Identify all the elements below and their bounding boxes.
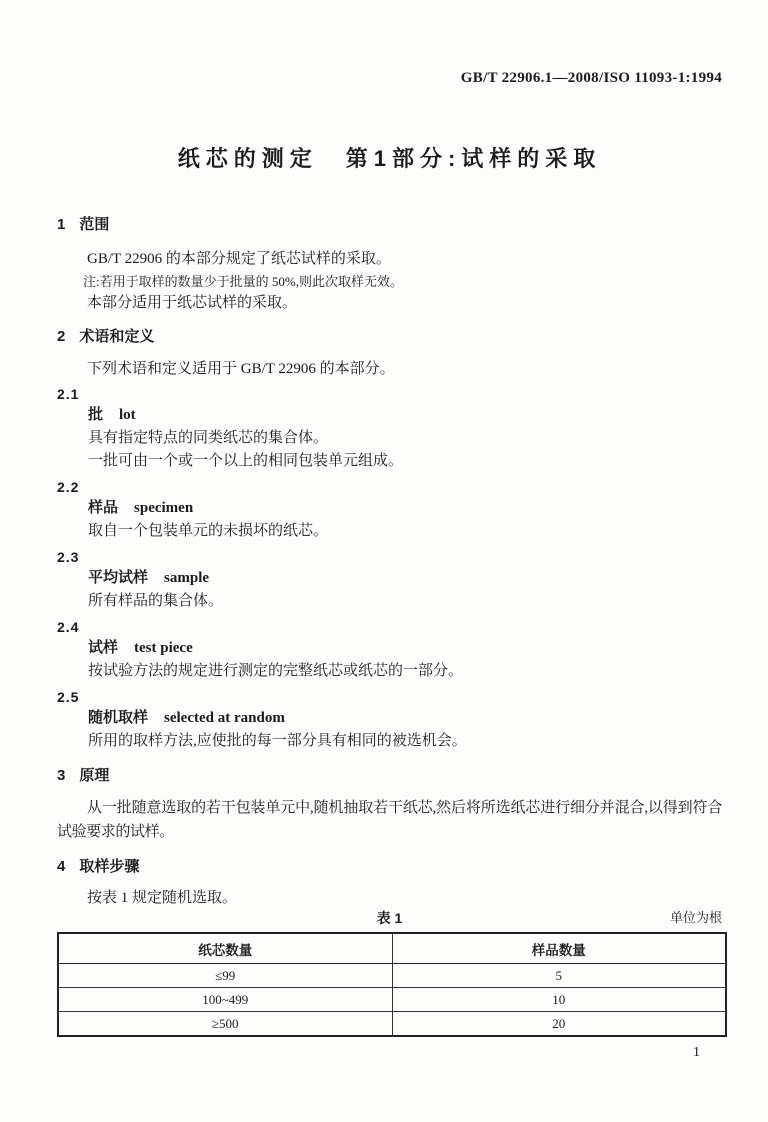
term-english: lot — [119, 404, 136, 427]
section-number: 4 — [57, 856, 65, 877]
specimen-quantity-cell: 20 — [392, 1012, 726, 1037]
section-number: 1 — [57, 214, 65, 235]
section-heading-3: 3 原理 — [57, 765, 722, 786]
section-sampling-procedure: 4 取样步骤 按表 1 规定随机选取。 — [57, 856, 722, 908]
term-entry-specimen: 2.2 样品 specimen 取自一个包装单元的未损坏的纸芯。 — [57, 477, 722, 543]
term-definition: 所有样品的集合体。 — [57, 590, 722, 613]
section-title: 术语和定义 — [79, 326, 154, 347]
term-title: 批 lot — [57, 404, 722, 427]
term-title: 平均试样 sample — [57, 567, 722, 590]
table-caption-row: 表 1 单位为根 — [57, 910, 722, 926]
term-title: 试样 test piece — [57, 637, 722, 660]
term-english: selected at random — [164, 707, 285, 730]
specimen-quantity-cell: 10 — [392, 988, 726, 1012]
term-number: 2.3 — [57, 547, 722, 567]
section-number: 3 — [57, 765, 65, 786]
table-row: ≤99 5 — [58, 964, 726, 988]
document-page: GB/T 22906.1—2008/ISO 11093-1:1994 纸芯的测定… — [0, 0, 768, 1122]
procedure-paragraph: 按表 1 规定随机选取。 — [57, 888, 722, 908]
scope-paragraph-2: 本部分适用于纸芯试样的采取。 — [57, 292, 722, 314]
section-heading-4: 4 取样步骤 — [57, 856, 722, 877]
section-heading-2: 2 术语和定义 — [57, 326, 722, 347]
term-definition: 取自一个包装单元的未损坏的纸芯。 — [57, 520, 722, 543]
terms-intro: 下列术语和定义适用于 GB/T 22906 的本部分。 — [57, 358, 722, 380]
scope-paragraph: GB/T 22906 的本部分规定了纸芯试样的采取。 — [57, 248, 722, 270]
principle-paragraph: 从一批随意选取的若干包装单元中,随机抽取若干纸芯,然后将所选纸芯进行细分并混合,… — [57, 796, 722, 844]
section-title: 原理 — [79, 765, 109, 786]
section-scope: 1 范围 GB/T 22906 的本部分规定了纸芯试样的采取。 注:若用于取样的… — [57, 214, 722, 314]
term-entry-selected-at-random: 2.5 随机取样 selected at random 所用的取样方法,应使批的… — [57, 687, 722, 753]
section-number: 2 — [57, 326, 65, 347]
term-entry-lot: 2.1 批 lot 具有指定特点的同类纸芯的集合体。 一批可由一个或一个以上的相… — [57, 384, 722, 473]
term-chinese: 批 — [88, 404, 103, 427]
term-number: 2.5 — [57, 687, 722, 707]
table-caption: 表 1 — [57, 910, 722, 926]
specimen-quantity-cell: 5 — [392, 964, 726, 988]
term-number: 2.2 — [57, 477, 722, 497]
term-number: 2.4 — [57, 617, 722, 637]
section-principle: 3 原理 从一批随意选取的若干包装单元中,随机抽取若干纸芯,然后将所选纸芯进行细… — [57, 765, 722, 844]
term-english: test piece — [134, 637, 193, 660]
term-title: 随机取样 selected at random — [57, 707, 722, 730]
core-quantity-cell: ≥500 — [58, 1012, 392, 1037]
term-chinese: 试样 — [88, 637, 118, 660]
term-number: 2.1 — [57, 384, 722, 404]
term-english: specimen — [134, 497, 193, 520]
section-title: 取样步骤 — [79, 856, 139, 877]
column-header-specimen-quantity: 样品数量 — [392, 933, 726, 964]
term-definition: 具有指定特点的同类纸芯的集合体。 — [57, 427, 722, 450]
term-english: sample — [164, 567, 209, 590]
section-title: 范围 — [79, 214, 109, 235]
table-row: 100~499 10 — [58, 988, 726, 1012]
term-chinese: 平均试样 — [88, 567, 148, 590]
core-quantity-cell: ≤99 — [58, 964, 392, 988]
term-definition: 所用的取样方法,应使批的每一部分具有相同的被选机会。 — [57, 730, 722, 753]
table-row: ≥500 20 — [58, 1012, 726, 1037]
scope-note: 注:若用于取样的数量少于批量的 50%,则此次取样无效。 — [57, 272, 722, 292]
sampling-table: 纸芯数量 样品数量 ≤99 5 100~499 10 ≥500 20 — [57, 932, 727, 1037]
page-number: 1 — [57, 1044, 722, 1062]
section-terms: 2 术语和定义 下列术语和定义适用于 GB/T 22906 的本部分。 2.1 … — [57, 326, 722, 753]
column-header-core-quantity: 纸芯数量 — [58, 933, 392, 964]
term-chinese: 样品 — [88, 497, 118, 520]
core-quantity-cell: 100~499 — [58, 988, 392, 1012]
document-title: 纸芯的测定 第1部分:试样的采取 — [57, 144, 722, 174]
term-entry-test-piece: 2.4 试样 test piece 按试验方法的规定进行测定的完整纸芯或纸芯的一… — [57, 617, 722, 683]
term-definition: 一批可由一个或一个以上的相同包装单元组成。 — [57, 450, 722, 473]
term-title: 样品 specimen — [57, 497, 722, 520]
term-definition: 按试验方法的规定进行测定的完整纸芯或纸芯的一部分。 — [57, 660, 722, 683]
section-heading-1: 1 范围 — [57, 214, 722, 235]
standard-number: GB/T 22906.1—2008/ISO 11093-1:1994 — [57, 68, 722, 88]
term-chinese: 随机取样 — [88, 707, 148, 730]
table-unit-note: 单位为根 — [670, 910, 722, 926]
term-entry-sample: 2.3 平均试样 sample 所有样品的集合体。 — [57, 547, 722, 613]
table-header-row: 纸芯数量 样品数量 — [58, 933, 726, 964]
